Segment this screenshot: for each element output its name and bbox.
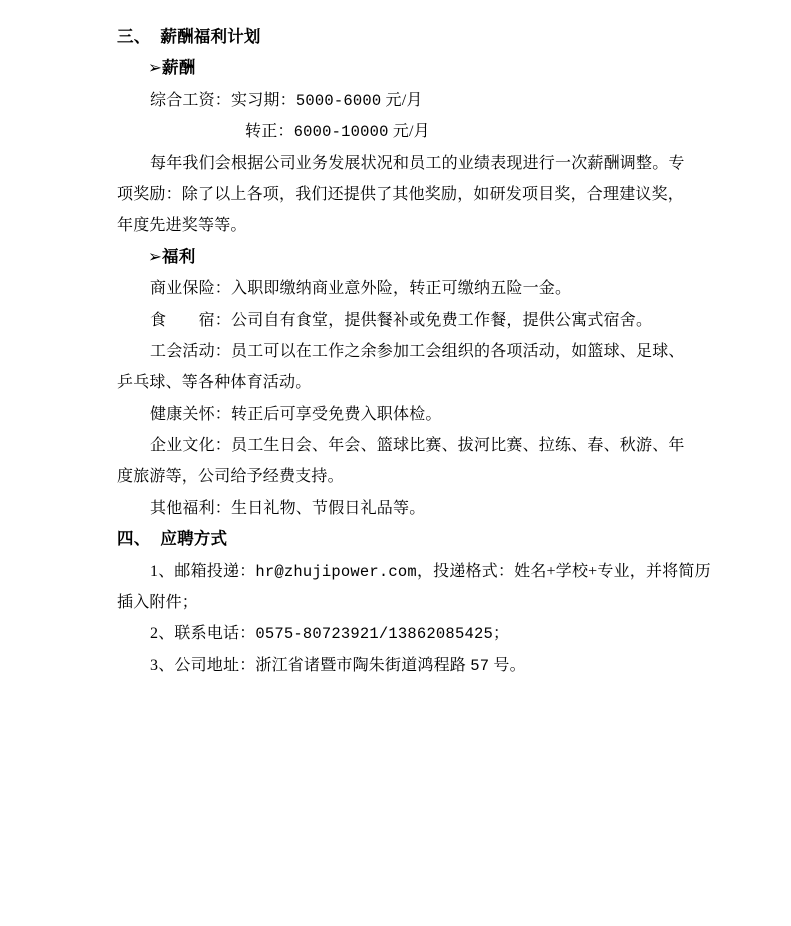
subheading-welfare-text-1: 福利 bbox=[162, 248, 195, 266]
salary-adjustment-line-2-text-0: 项奖励：除了以上各项，我们还提供了其他奖励，如研发项目奖，合理建议奖， bbox=[117, 186, 684, 203]
apply-email-line-1: 1、邮箱投递：hr@zhujipower.com，投递格式：姓名+学校+专业，并… bbox=[117, 556, 679, 587]
section-heading-apply-text-1: 应聘方式 bbox=[160, 530, 227, 548]
section-heading-apply: 四、应聘方式 bbox=[117, 524, 679, 555]
salary-composite-line: 综合工资：实习期：5000-6000 元/月 bbox=[117, 85, 679, 116]
arrow-bullet-icon: ➢ bbox=[148, 59, 162, 77]
salary-adjustment-line-3: 年度先进奖等等。 bbox=[117, 210, 679, 241]
apply-phone-line-text-2: ； bbox=[493, 625, 509, 642]
welfare-insurance-line-text-0: 商业保险：入职即缴纳商业意外险，转正可缴纳五险一金。 bbox=[150, 280, 571, 297]
apply-email-line-1-text-0: 1、邮箱投递： bbox=[150, 563, 255, 580]
apply-address-line-text-1: 57 bbox=[470, 657, 489, 675]
salary-regular-line-text-1: 6000-10000 bbox=[294, 123, 389, 141]
section-heading-compensation-text-1: 薪酬福利计划 bbox=[160, 28, 260, 46]
apply-phone-line: 2、联系电话：0575-80723921/13862085425； bbox=[117, 618, 679, 649]
subheading-salary-text-1: 薪酬 bbox=[162, 59, 195, 77]
welfare-union-line-2-text-0: 乒乓球、等各种体育活动。 bbox=[117, 374, 311, 391]
apply-address-line-text-2: 号。 bbox=[489, 657, 526, 674]
salary-regular-line-text-2: 元/月 bbox=[389, 123, 430, 140]
salary-regular-line: 转正：6000-10000 元/月 bbox=[117, 116, 679, 147]
welfare-board-line-text-0: 食 宿：公司自有食堂，提供餐补或免费工作餐，提供公寓式宿舍。 bbox=[150, 312, 652, 329]
welfare-board-line: 食 宿：公司自有食堂，提供餐补或免费工作餐，提供公寓式宿舍。 bbox=[117, 305, 679, 336]
welfare-culture-line-2-text-0: 度旅游等，公司给予经费支持。 bbox=[117, 468, 344, 485]
apply-email-line-2-text-0: 插入附件； bbox=[117, 594, 198, 611]
apply-phone-line-text-1: 0575-80723921/13862085425 bbox=[255, 625, 493, 643]
section-heading-apply-text-0: 四、 bbox=[117, 530, 150, 548]
salary-composite-line-text-1: 5000-6000 bbox=[296, 92, 382, 110]
welfare-culture-line-1: 企业文化：员工生日会、年会、篮球比赛、拔河比赛、拉练、春、秋游、年 bbox=[117, 430, 679, 461]
welfare-union-line-1-text-0: 工会活动：员工可以在工作之余参加工会组织的各项活动，如篮球、足球、 bbox=[150, 343, 685, 360]
section-heading-compensation: 三、薪酬福利计划 bbox=[117, 22, 679, 53]
welfare-health-line-text-0: 健康关怀：转正后可享受免费入职体检。 bbox=[150, 406, 442, 423]
salary-composite-line-text-2: 元/月 bbox=[381, 92, 422, 109]
salary-adjustment-line-3-text-0: 年度先进奖等等。 bbox=[117, 217, 247, 234]
section-heading-compensation-text-0: 三、 bbox=[117, 28, 150, 46]
apply-phone-line-text-0: 2、联系电话： bbox=[150, 625, 255, 642]
apply-address-line: 3、公司地址：浙江省诸暨市陶朱街道鸿程路 57 号。 bbox=[117, 650, 679, 681]
document-body: 三、薪酬福利计划➢薪酬综合工资：实习期：5000-6000 元/月转正：6000… bbox=[117, 22, 679, 681]
salary-adjustment-line-1-text-0: 每年我们会根据公司业务发展状况和员工的业绩表现进行一次薪酬调整。专 bbox=[150, 155, 685, 172]
apply-email-line-1-text-2: ，投递格式：姓名+学校+专业，并将简历 bbox=[417, 563, 711, 580]
welfare-other-line: 其他福利：生日礼物、节假日礼品等。 bbox=[117, 493, 679, 524]
subheading-salary: ➢薪酬 bbox=[117, 53, 679, 84]
salary-regular-line-text-0: 转正： bbox=[245, 123, 294, 140]
apply-email-line-1-text-1: hr@zhujipower.com bbox=[255, 563, 417, 581]
welfare-union-line-1: 工会活动：员工可以在工作之余参加工会组织的各项活动，如篮球、足球、 bbox=[117, 336, 679, 367]
welfare-health-line: 健康关怀：转正后可享受免费入职体检。 bbox=[117, 399, 679, 430]
salary-adjustment-line-1: 每年我们会根据公司业务发展状况和员工的业绩表现进行一次薪酬调整。专 bbox=[117, 148, 679, 179]
welfare-other-line-text-0: 其他福利：生日礼物、节假日礼品等。 bbox=[150, 500, 425, 517]
salary-adjustment-line-2: 项奖励：除了以上各项，我们还提供了其他奖励，如研发项目奖，合理建议奖， bbox=[117, 179, 679, 210]
welfare-insurance-line: 商业保险：入职即缴纳商业意外险，转正可缴纳五险一金。 bbox=[117, 273, 679, 304]
salary-composite-line-text-0: 综合工资：实习期： bbox=[150, 92, 296, 109]
welfare-union-line-2: 乒乓球、等各种体育活动。 bbox=[117, 367, 679, 398]
arrow-bullet-icon: ➢ bbox=[148, 248, 162, 266]
apply-address-line-text-0: 3、公司地址：浙江省诸暨市陶朱街道鸿程路 bbox=[150, 657, 470, 674]
apply-email-line-2: 插入附件； bbox=[117, 587, 679, 618]
subheading-welfare: ➢福利 bbox=[117, 242, 679, 273]
document-page: { "page": { "background": "#ffffff", "te… bbox=[0, 0, 791, 926]
welfare-culture-line-1-text-0: 企业文化：员工生日会、年会、篮球比赛、拔河比赛、拉练、春、秋游、年 bbox=[150, 437, 685, 454]
welfare-culture-line-2: 度旅游等，公司给予经费支持。 bbox=[117, 461, 679, 492]
